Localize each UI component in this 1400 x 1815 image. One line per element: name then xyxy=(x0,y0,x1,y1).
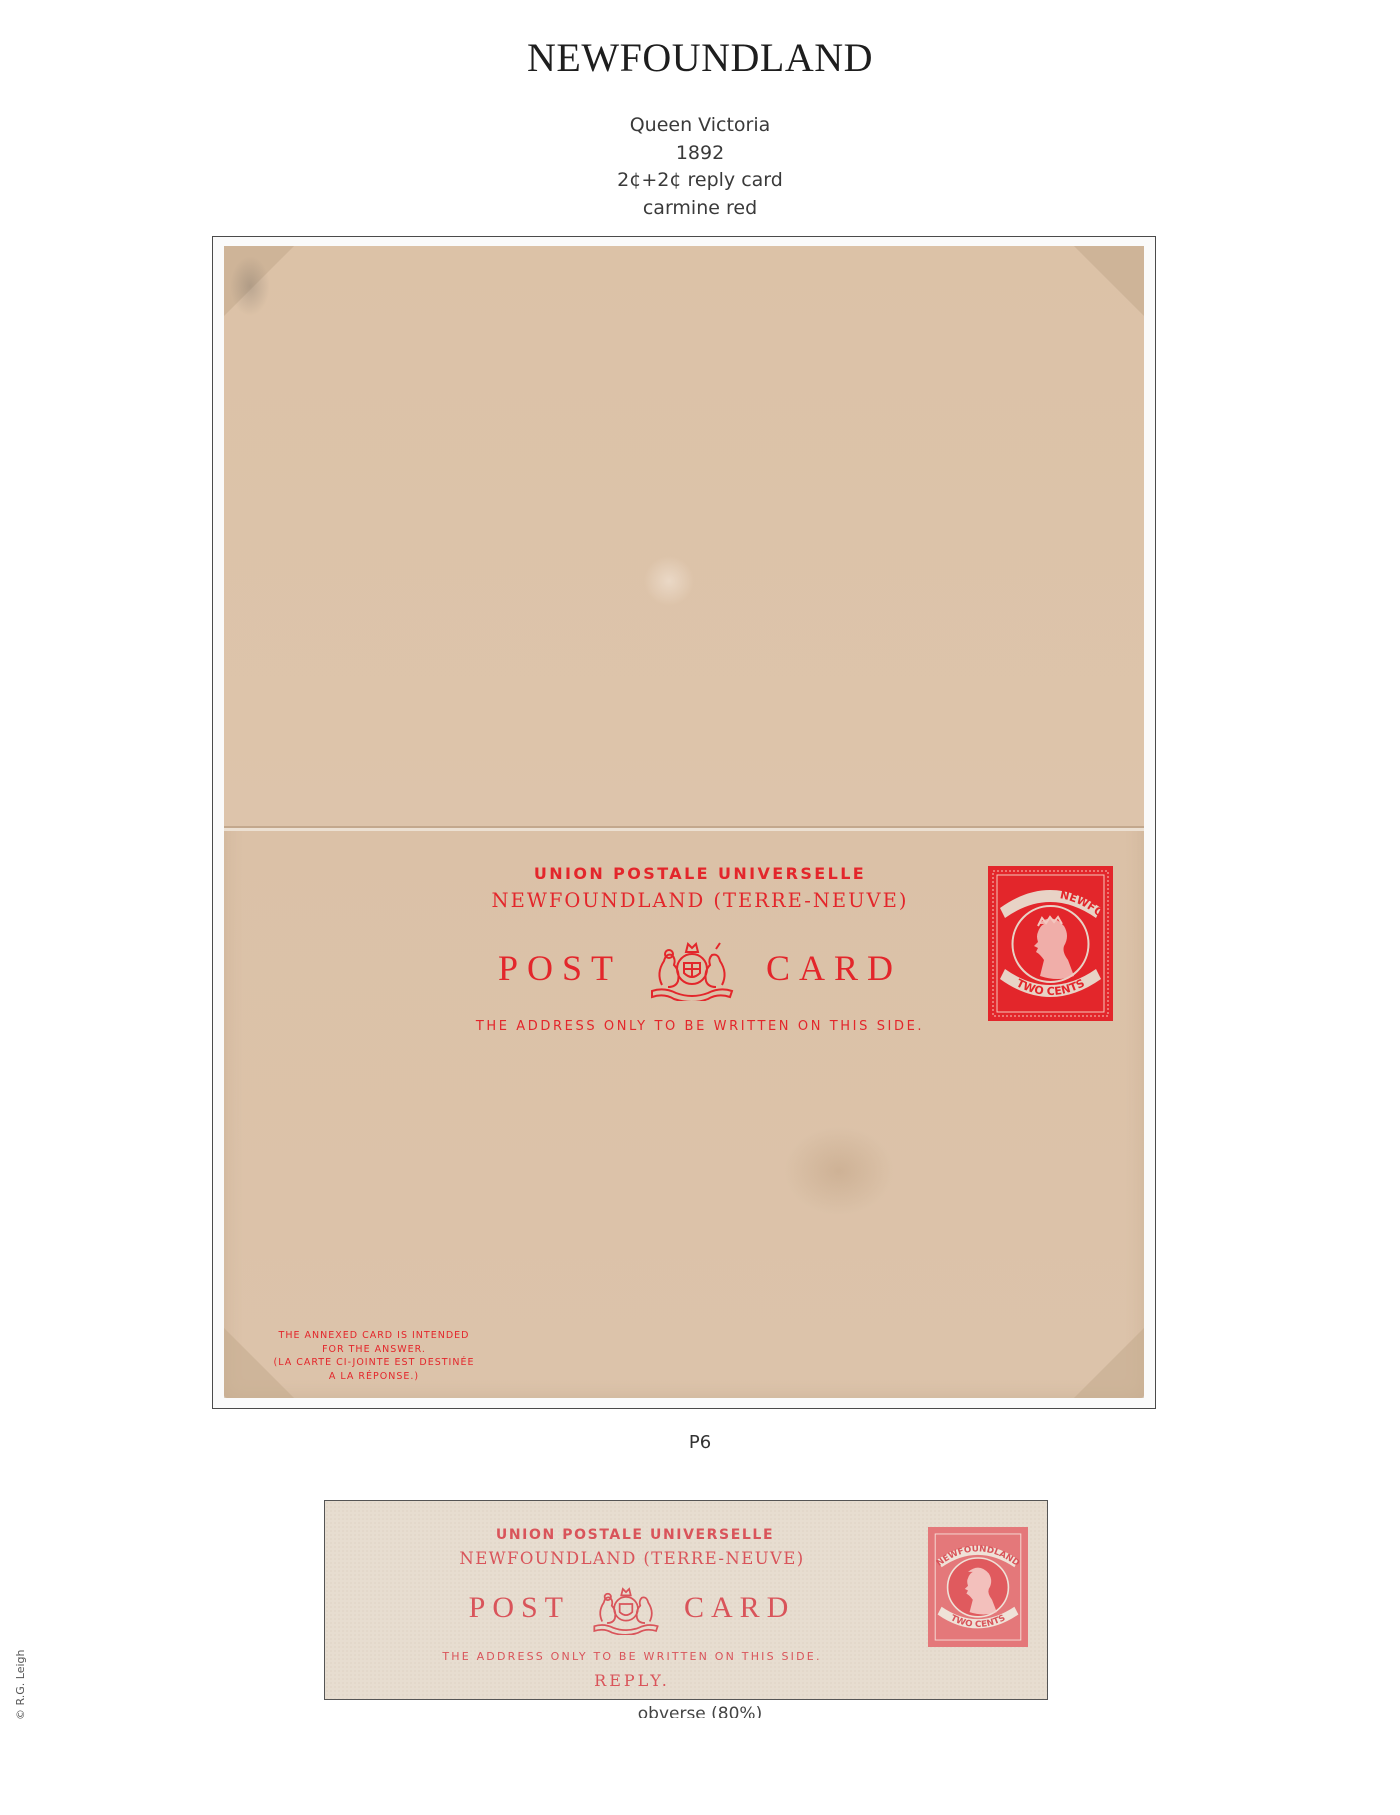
subtitle-color: carmine red xyxy=(0,195,1400,223)
card-word: CARD xyxy=(766,947,902,989)
fold-line xyxy=(224,828,1144,831)
address-instruction: THE ADDRESS ONLY TO BE WRITTEN ON THIS S… xyxy=(0,1019,1400,1034)
catalog-number: P6 xyxy=(0,1432,1400,1453)
reply-postcard xyxy=(224,246,1144,1398)
annexed-line: A LA RÉPONSE.) xyxy=(258,1370,490,1384)
annexed-line: (LA CARTE CI-JOINTE EST DESTINÉE xyxy=(258,1356,490,1370)
subtitle-denomination: 2¢+2¢ reply card xyxy=(0,167,1400,195)
country-header: NEWFOUNDLAND (TERRE-NEUVE) xyxy=(0,889,1400,912)
coat-of-arms-icon xyxy=(644,935,740,1001)
reply-caption-clip: obverse (80%) xyxy=(0,1702,1400,1718)
annexed-line: THE ANNEXED CARD IS INTENDED xyxy=(258,1329,490,1343)
reply-country-header: NEWFOUNDLAND (TERRE-NEUVE) xyxy=(0,1549,1332,1568)
paper-stain xyxy=(230,256,270,316)
reply-coat-of-arms-icon xyxy=(588,1581,664,1635)
reply-caption: obverse (80%) xyxy=(0,1704,1400,1718)
copyright-notice: © R.G. Leigh xyxy=(14,1650,27,1720)
post-card-heading: POST CARD xyxy=(0,935,1400,1001)
annexed-line: FOR THE ANSWER. xyxy=(258,1343,490,1357)
reply-card-word: CARD xyxy=(684,1591,795,1625)
reply-word: REPLY. xyxy=(0,1671,1332,1690)
page-title: NEWFOUNDLAND xyxy=(0,36,1400,80)
upu-header: UNION POSTALE UNIVERSELLE xyxy=(0,864,1400,883)
paper-stain xyxy=(784,1126,894,1216)
subtitle-year: 1892 xyxy=(0,140,1400,168)
paper-stain xyxy=(644,556,694,606)
photo-corner xyxy=(1074,1328,1144,1398)
reply-upu-header: UNION POSTALE UNIVERSELLE xyxy=(0,1527,1335,1543)
reply-imprinted-stamp-icon: NEWFOUNDLAND TWO CENTS xyxy=(928,1527,1028,1647)
post-word: POST xyxy=(498,947,622,989)
subtitle-subject: Queen Victoria xyxy=(0,112,1400,140)
reply-half-folded xyxy=(224,246,1144,828)
annexed-card-note: THE ANNEXED CARD IS INTENDED FOR THE ANS… xyxy=(258,1329,490,1383)
reply-post-word: POST xyxy=(469,1591,570,1625)
imprinted-stamp-icon: NEWFOUNDLAND TWO CENTS xyxy=(988,866,1113,1021)
item-description: Queen Victoria 1892 2¢+2¢ reply card car… xyxy=(0,112,1400,222)
reply-address-instruction: THE ADDRESS ONLY TO BE WRITTEN ON THIS S… xyxy=(0,1650,1332,1663)
reply-post-card-heading: POST CARD xyxy=(0,1580,1332,1636)
